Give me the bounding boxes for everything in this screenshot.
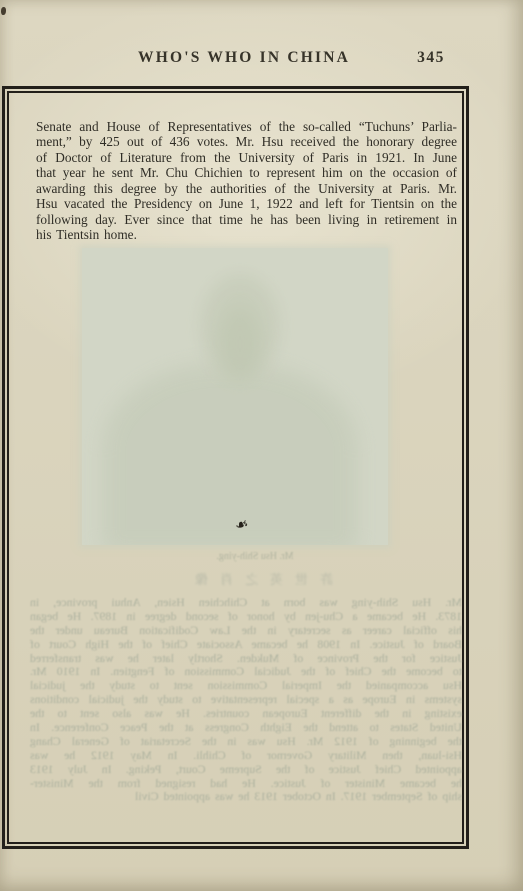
ghost-line: Hsi-luan, then Military Governor of Chih… xyxy=(30,749,462,763)
book-page-scan: WHO'S WHO IN CHINA 345 Senate and House … xyxy=(0,0,523,891)
ghost-line: he became Minister of Justice. He had re… xyxy=(30,777,462,791)
bleed-through-paragraph: Mr. Hsu Shih-ying was born at Chihchien … xyxy=(30,596,462,804)
article-line: awarding this degree by the authorities … xyxy=(36,181,457,196)
article-line: ment,” by 425 out of 436 votes. Mr. Hsu … xyxy=(36,134,457,149)
article-line: Hsu vacated the Presidency on June 1, 19… xyxy=(36,196,457,211)
ghost-line: 1873. He became a Chu-jen by honor of se… xyxy=(30,610,462,624)
ghost-line: Board of Justice. In 1908 he became Asso… xyxy=(30,638,462,652)
article-line: that year he sent Mr. Chu Chichien to re… xyxy=(36,165,457,180)
bleed-through-caption: Mr. Hsu Shih-ying. xyxy=(178,551,332,562)
ghost-line: the beginning of 1912 Mr. Hsu was in the… xyxy=(30,735,462,749)
ghost-line: to become the Chief of the Judicial Comm… xyxy=(30,665,462,679)
article-line: of Doctor of Literature from the Univers… xyxy=(36,150,457,165)
page-number: 345 xyxy=(414,49,448,67)
ghost-line: systems in Europe as a special represent… xyxy=(30,693,462,707)
bleed-through-chinese-caption: 許世英之肖像 xyxy=(158,569,358,588)
scan-speck xyxy=(1,7,6,15)
ghost-line: existing in the different European count… xyxy=(30,707,462,721)
bleed-through-portrait xyxy=(82,248,388,545)
ghost-line: Hsu accompanied the Imperial Commission … xyxy=(30,679,462,693)
article-line: following day. Ever since that time he h… xyxy=(36,212,457,227)
ghost-line: United States to attend the Eighth Congr… xyxy=(30,721,462,735)
ghost-line: ship of September 1917. In October 1913 … xyxy=(30,790,462,804)
ghost-line: appointed Chief Justice of the Supreme C… xyxy=(30,763,462,777)
ghost-line: Mr. Hsu Shih-ying was born at Chihchien … xyxy=(30,596,462,610)
article-line: his Tientsin home. xyxy=(36,227,457,242)
running-head-title: WHO'S WHO IN CHINA xyxy=(133,49,355,67)
ghost-line: his official career as secretary in the … xyxy=(30,624,462,638)
article-line: Senate and House of Representatives of t… xyxy=(36,119,457,134)
portrait-face-shadow xyxy=(218,306,262,382)
article-paragraph: Senate and House of Representatives of t… xyxy=(36,119,457,243)
ghost-line: Justice for the Province of Mukden. Shor… xyxy=(30,652,462,666)
